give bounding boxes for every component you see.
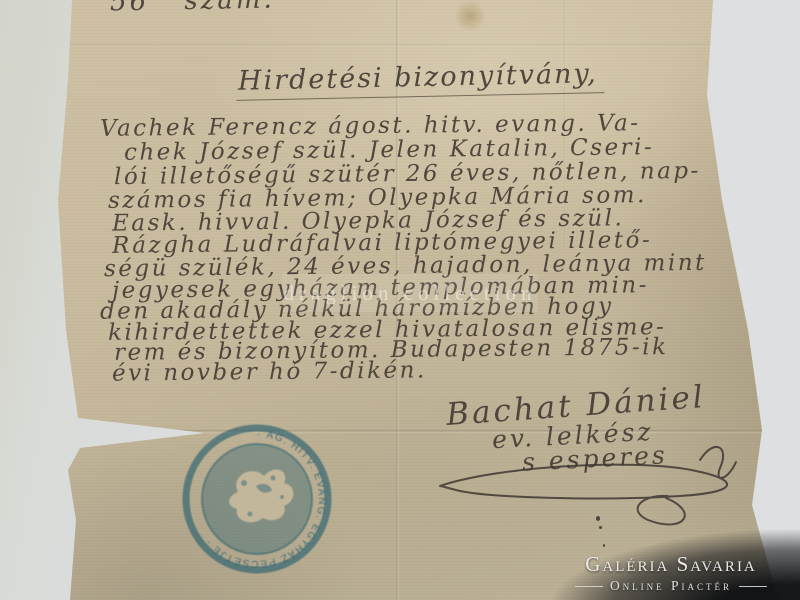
horizontal-fold-crease-bottom — [58, 430, 770, 433]
brand-logo: Galéria Savaria Online Piactér — [556, 552, 786, 594]
watermark-text: draglion collection — [282, 274, 538, 312]
brand-name: Galéria Savaria — [556, 552, 786, 577]
tagline-rule-right — [739, 586, 767, 587]
brand-overlay: Galéria Savaria Online Piactér — [450, 465, 800, 600]
handwriting-line: évi novber hó 7-dikén. — [112, 358, 427, 385]
church-stamp: · ÁG. HITV. EVANG. EGYHÁZ PECSÉTJE · — [178, 420, 336, 578]
document-title: Hirdetési bizonyítvány, — [236, 58, 604, 101]
reference-number: 56 ″ szám. — [110, 0, 275, 17]
horizontal-fold-crease-top — [60, 44, 720, 46]
brand-tagline-row: Online Piactér — [556, 578, 786, 594]
photo-of-document: { "colors": { "paper": "#c8ba9c", "ink":… — [0, 0, 800, 600]
tagline-rule-left — [575, 586, 603, 587]
brand-tagline: Online Piactér — [610, 578, 732, 594]
